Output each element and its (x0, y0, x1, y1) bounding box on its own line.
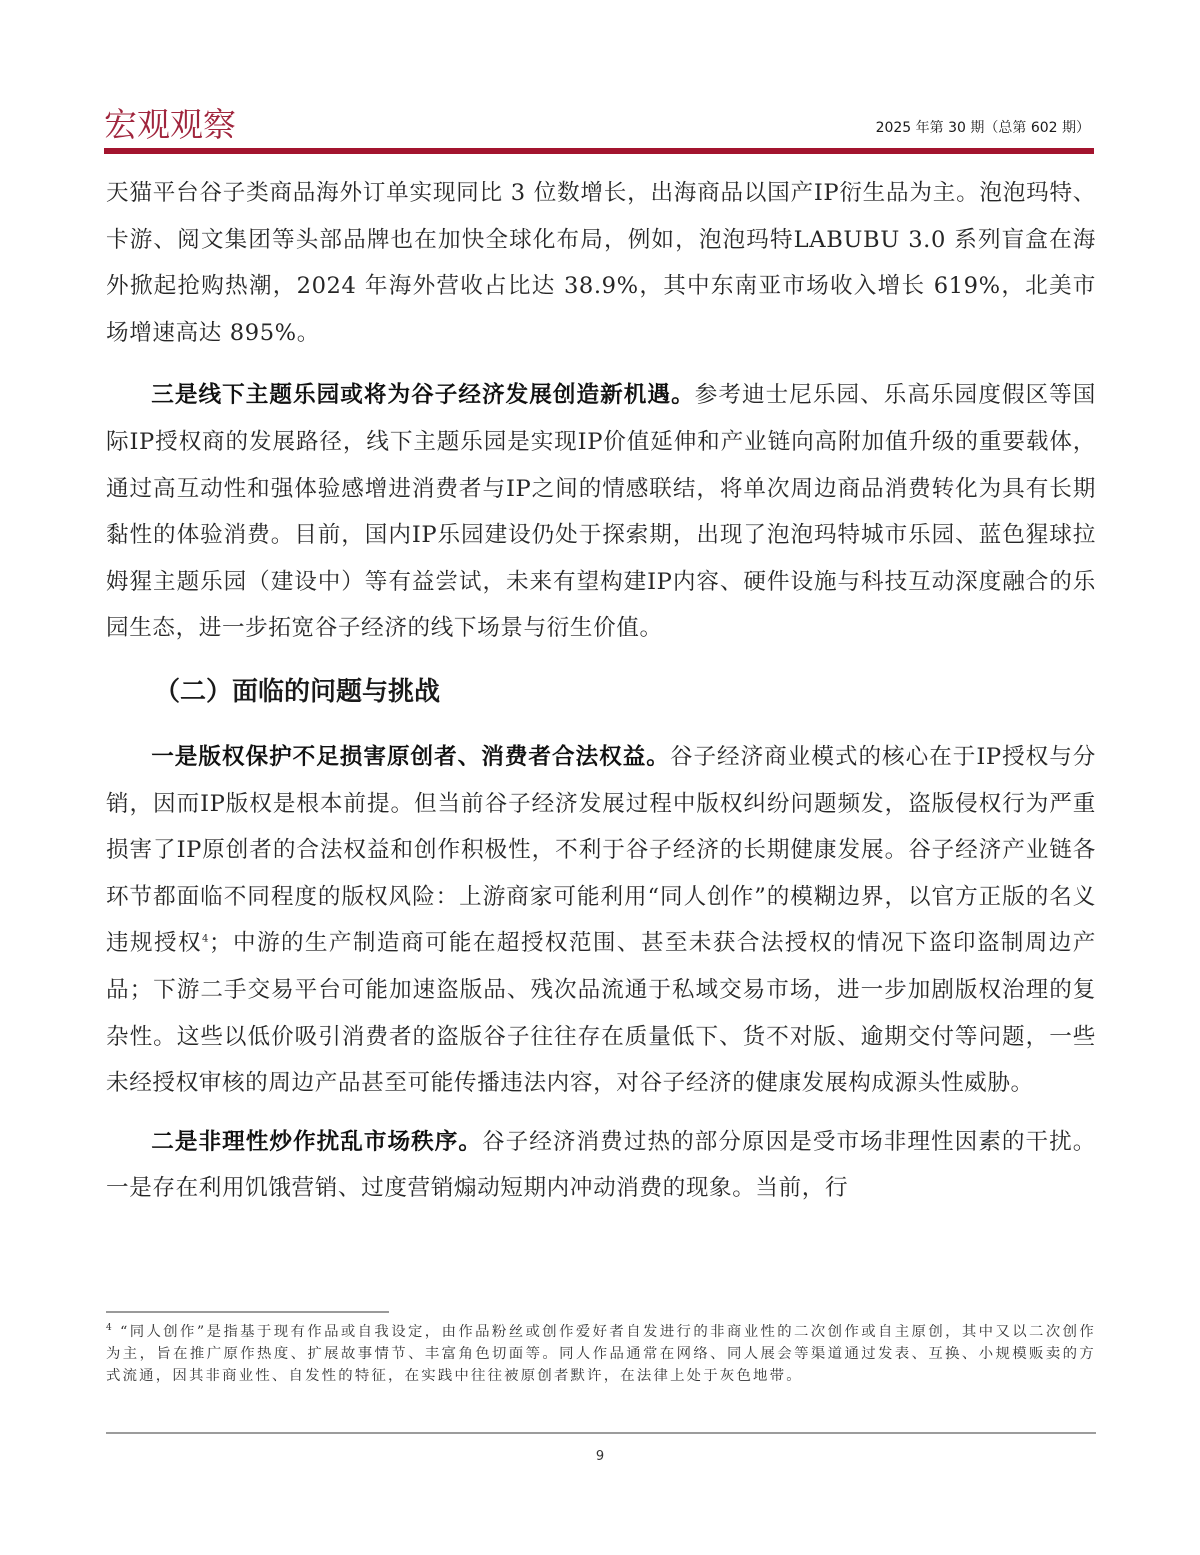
paragraph-theme-parks: 三是线下主题乐园或将为谷子经济发展创造新机遇。参考迪士尼乐园、乐高乐园度假区等国… (106, 372, 1096, 652)
footer-divider (106, 1432, 1096, 1434)
paragraph-text: 天猫平台谷子类商品海外订单实现同比 3 位数增长，出海商品以国产IP衍生品为主。… (106, 180, 1096, 346)
paragraph-lead: 二是非理性炒作扰乱市场秩序。 (151, 1129, 482, 1155)
footnote-number: 4 (106, 1323, 114, 1333)
footnote-text: “同人创作”是指基于现有作品或自我设定，由作品粉丝或创作爱好者自发进行的非商业性… (106, 1324, 1096, 1384)
publication-title: 宏观观察 (104, 104, 236, 146)
paragraph-overseas-growth: 天猫平台谷子类商品海外订单实现同比 3 位数增长，出海商品以国产IP衍生品为主。… (106, 170, 1096, 356)
issue-number: 2025 年第 30 期（总第 602 期） (876, 118, 1090, 138)
paragraph-lead: 三是线下主题乐园或将为谷子经济发展创造新机遇。 (151, 382, 695, 408)
page-number: 9 (0, 1449, 1200, 1464)
paragraph-text: 谷子经济商业模式的核心在于IP授权与分销，因而IP版权是根本前提。但当前谷子经济… (106, 744, 1096, 956)
document-page: 宏观观察 2025 年第 30 期（总第 602 期） 天猫平台谷子类商品海外订… (0, 0, 1200, 1555)
paragraph-text: ；中游的生产制造商可能在超授权范围、甚至未获合法授权的情况下盗印盗制周边产品；下… (106, 930, 1096, 1096)
footnote: 4“同人创作”是指基于现有作品或自我设定，由作品粉丝或创作爱好者自发进行的非商业… (106, 1321, 1096, 1387)
footnote-reference[interactable]: 4 (202, 934, 209, 945)
body-content: 天猫平台谷子类商品海外订单实现同比 3 位数增长，出海商品以国产IP衍生品为主。… (106, 170, 1096, 1212)
header-divider (104, 148, 1094, 154)
paragraph-text: 参考迪士尼乐园、乐高乐园度假区等国际IP授权商的发展路径，线下主题乐园是实现IP… (106, 382, 1096, 641)
page-header: 宏观观察 2025 年第 30 期（总第 602 期） (104, 104, 1094, 146)
footnote-divider (106, 1311, 389, 1313)
section-heading: （二）面临的问题与挑战 (106, 662, 1096, 722)
paragraph-speculation: 二是非理性炒作扰乱市场秩序。谷子经济消费过热的部分原因是受市场非理性因素的干扰。… (106, 1119, 1096, 1212)
paragraph-lead: 一是版权保护不足损害原创者、消费者合法权益。 (151, 744, 670, 770)
paragraph-copyright: 一是版权保护不足损害原创者、消费者合法权益。谷子经济商业模式的核心在于IP授权与… (106, 734, 1096, 1107)
